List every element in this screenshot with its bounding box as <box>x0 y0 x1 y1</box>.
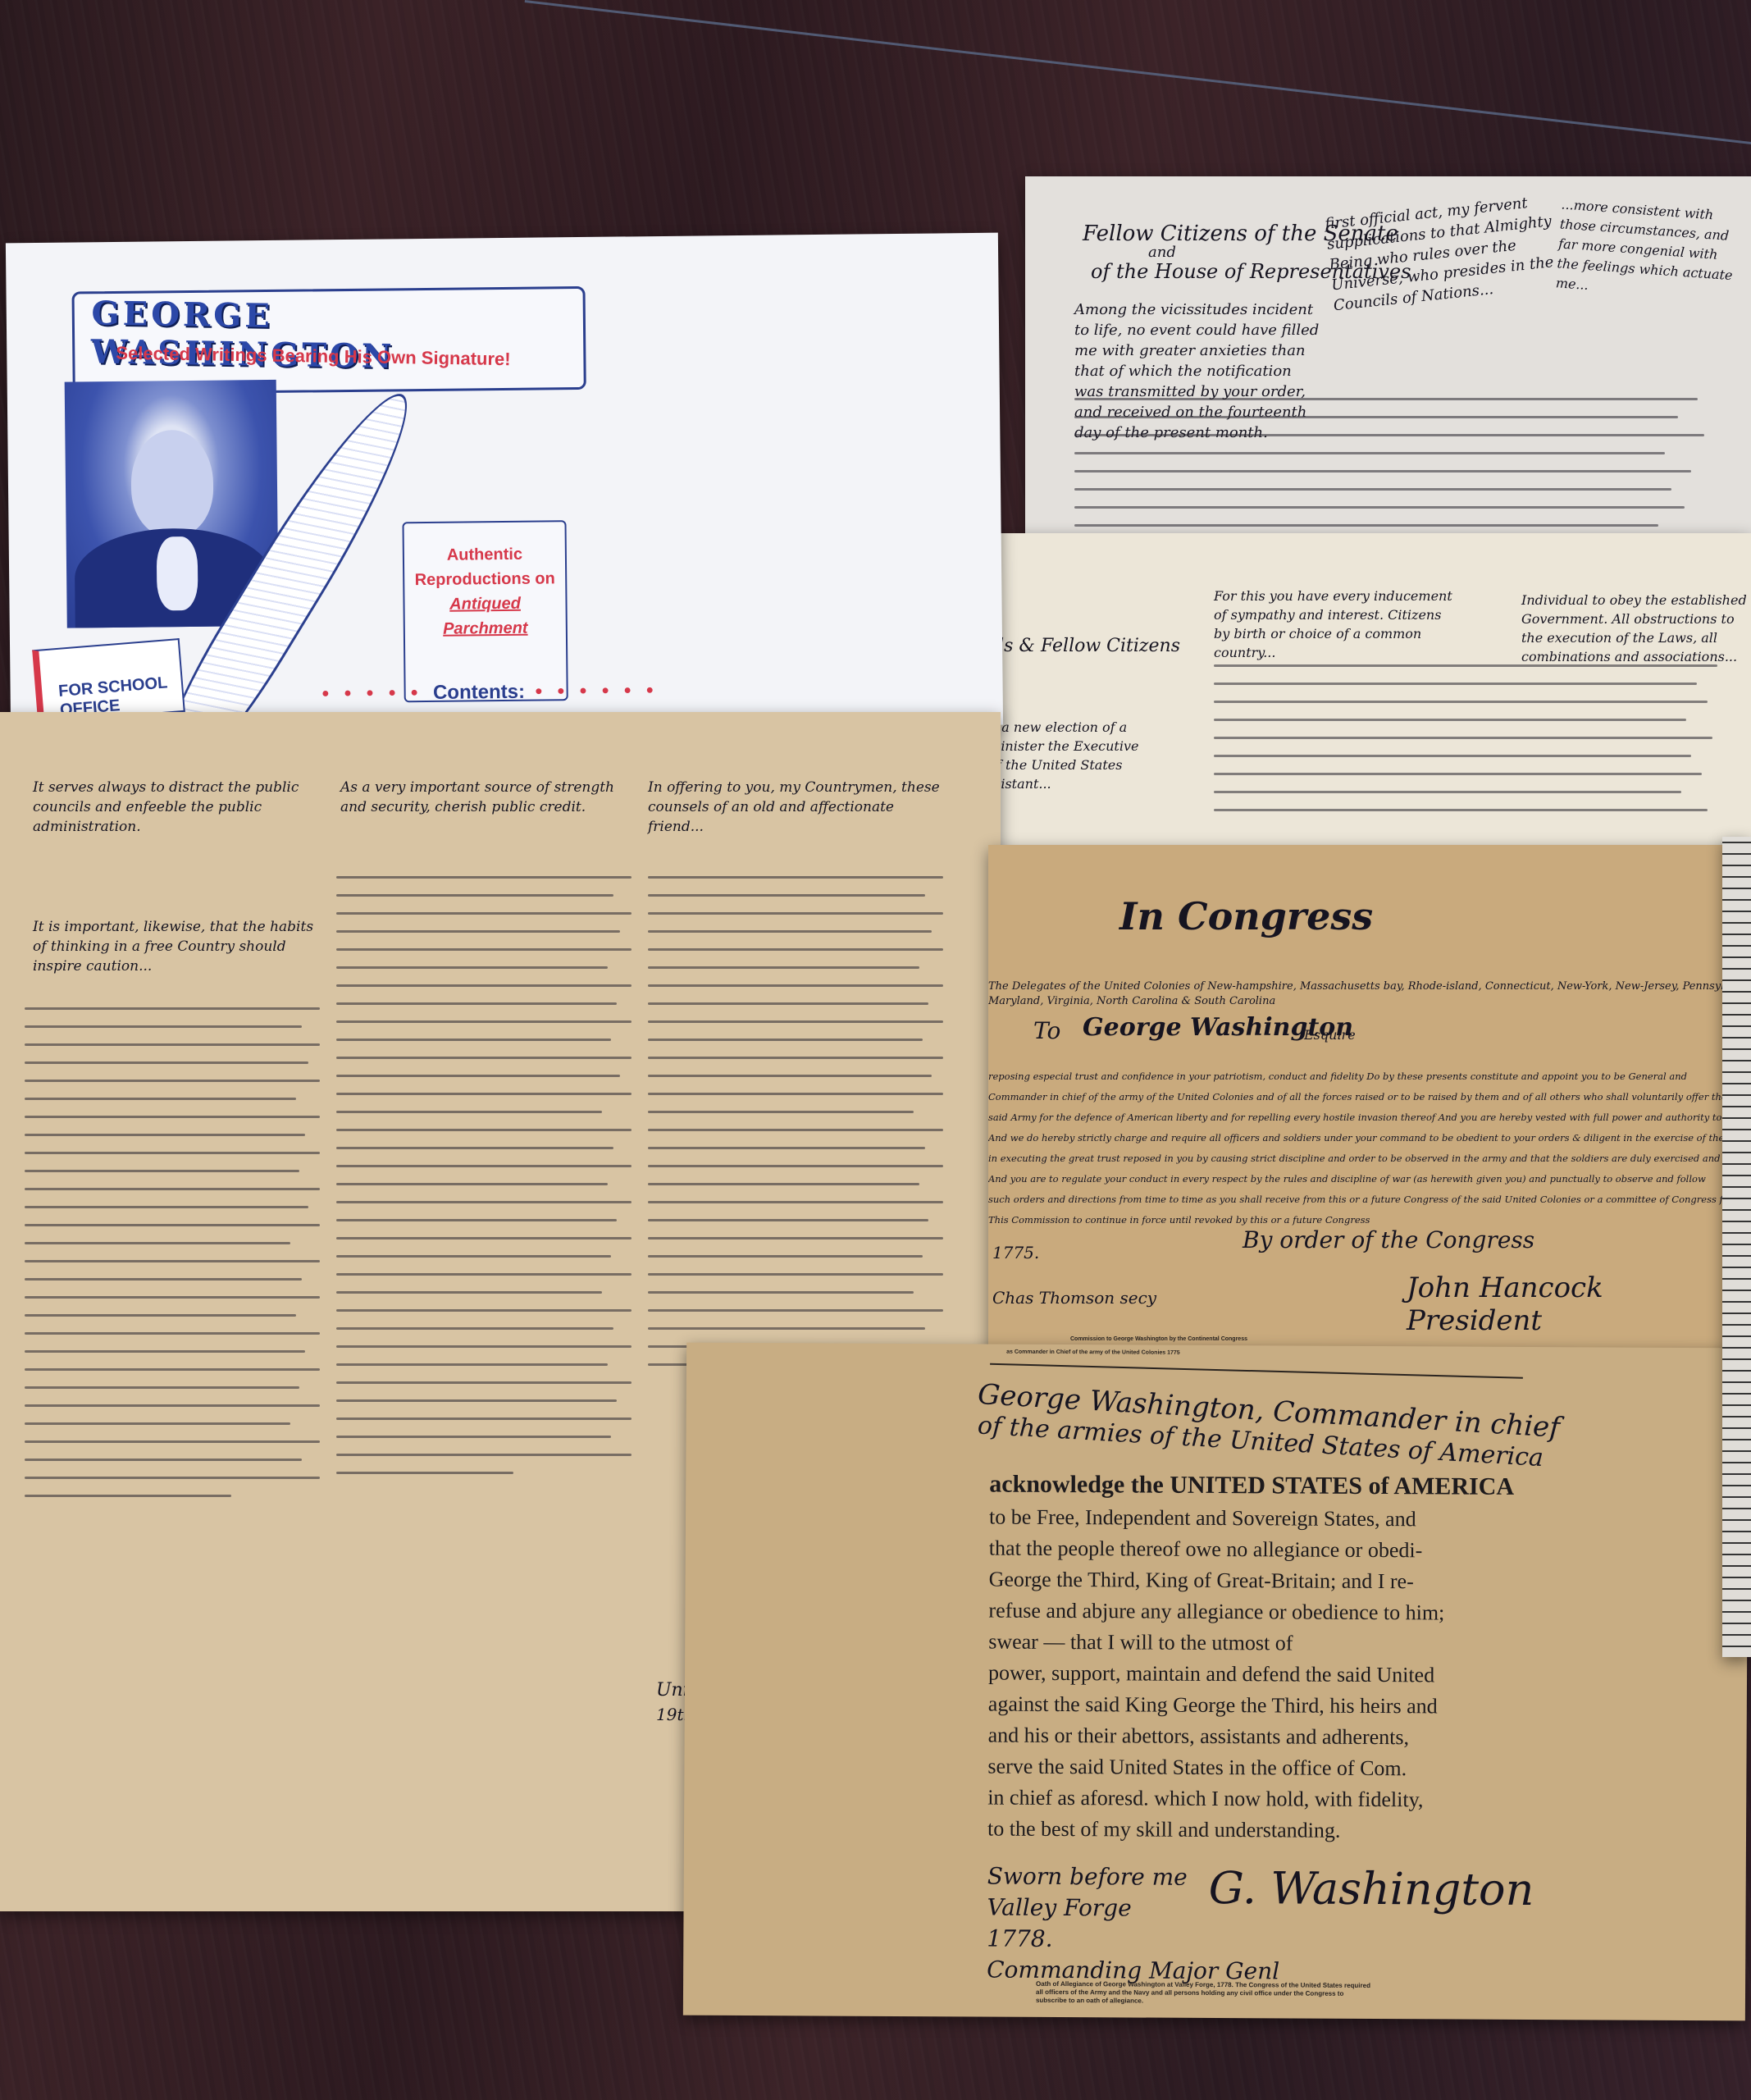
colonies-line-2: Maryland, Virginia, North Carolina & Sou… <box>988 995 1275 1007</box>
commission-line: such orders and directions from time to … <box>988 1189 1726 1210</box>
addressee-suffix: Esquire <box>1304 1027 1356 1043</box>
commission-document: In Congress The Delegates of the United … <box>988 845 1743 1358</box>
farewell2-col3-lines <box>648 876 943 1381</box>
farewell2-col1-lines <box>25 1007 320 1513</box>
scroll-line-2: Reproductions on <box>404 566 565 592</box>
dots-right: • • • • • • <box>525 679 659 703</box>
commission-date: 1775. <box>992 1243 1039 1262</box>
farewell2-col-2: As a very important source of strength a… <box>340 778 636 817</box>
cover-sheet: GEORGE WASHINGTON Selected Writings Bear… <box>6 233 1003 736</box>
inaugural-salutation-and: and <box>1148 244 1176 261</box>
inaugural-address-sheet: Fellow Citizens of the Senate and of the… <box>1025 176 1751 550</box>
commission-body: reposing especial trust and confidence i… <box>988 1066 1726 1230</box>
farewell1-text-lines <box>1214 664 1739 827</box>
school-office-badge: FOR SCHOOL OFFICE <box>32 638 185 724</box>
inaugural-col-2: first official act, my fervent supplicat… <box>1324 189 1579 317</box>
inaugural-col-3: ...more consistent with those circumstan… <box>1555 194 1742 305</box>
commission-line: And you are to regulate your conduct in … <box>988 1169 1726 1189</box>
divider-rule <box>990 1363 1523 1379</box>
commission-line: in executing the great trust reposed in … <box>988 1148 1726 1169</box>
farewell2-col2-lines <box>336 876 632 1490</box>
scroll-line-1: Authentic <box>404 541 565 568</box>
commission-line: reposing especial trust and confidence i… <box>988 1066 1726 1087</box>
commission-line: And we do hereby strictly charge and req… <box>988 1128 1726 1148</box>
hancock-signature: John Hancock President <box>1407 1271 1743 1337</box>
oath-line: against the said King George the Third, … <box>988 1689 1513 1723</box>
oath-line: swear — that I will to the utmost of <box>988 1627 1513 1660</box>
washington-signature: G. Washington <box>1209 1862 1534 1915</box>
oath-of-allegiance: as Commander in Chief of the army of the… <box>683 1343 1749 2021</box>
oath-line: that the people thereof owe no allegianc… <box>989 1533 1514 1567</box>
oath-caption: Oath of Allegiance of George Washington … <box>1036 1980 1372 2006</box>
oath-line: to the best of my skill and understandin… <box>987 1814 1512 1847</box>
by-order: By order of the Congress <box>1243 1226 1534 1253</box>
commission-caption-1: Commission to George Washington by the C… <box>1070 1335 1247 1343</box>
commission-line: said Army for the defence of American li… <box>988 1107 1726 1128</box>
scroll-line-4: Parchment <box>405 615 566 641</box>
oath-line: and his or their abettors, assistants an… <box>988 1720 1513 1754</box>
farewell1-col-3: Individual to obey the established Gover… <box>1521 591 1751 666</box>
oath-printed-text: acknowledge the UNITED STATES of AMERICA… <box>987 1468 1514 1847</box>
attest-signature: Chas Thomson secy <box>992 1288 1156 1308</box>
oath-line: to be Free, Independent and Sovereign St… <box>989 1502 1514 1536</box>
dots-left: • • • • • <box>322 682 434 705</box>
parchment-scroll: Authentic Reproductions on Antiqued Parc… <box>402 520 568 702</box>
title-banner: GEORGE WASHINGTON Selected Writings Bear… <box>72 286 586 395</box>
portrait-face <box>130 430 213 537</box>
addressee-to: To <box>1033 1017 1060 1044</box>
oath-line: power, support, maintain and defend the … <box>988 1658 1513 1691</box>
scroll-line-3: Antiqued <box>404 591 565 617</box>
colonies-line-1: The Delegates of the United Colonies of … <box>988 980 1743 993</box>
contents-heading: Contents: <box>433 681 525 704</box>
commission-caption-2: as Commander in Chief of the army of the… <box>1006 1349 1180 1357</box>
farewell2-col-1: It serves always to distract the public … <box>33 778 328 837</box>
witness-line: 1778. <box>987 1924 1279 1956</box>
portrait-cravat <box>157 536 198 611</box>
underlying-page-edge <box>1722 837 1751 1657</box>
oath-line: serve the said United States in the offi… <box>987 1751 1512 1785</box>
farewell2-col-3: In offering to you, my Countrymen, these… <box>648 778 943 837</box>
oath-line: in chief as aforesd. which I now hold, w… <box>987 1783 1512 1816</box>
inaugural-text-lines <box>1074 398 1730 542</box>
commission-line: Commander in chief of the army of the Un… <box>988 1087 1726 1107</box>
oath-line: George the Third, King of Great-Britain;… <box>989 1564 1514 1598</box>
farewell1-col-2: For this you have every inducement of sy… <box>1214 587 1460 662</box>
oath-line: refuse and abjure any allegiance or obed… <box>988 1596 1513 1629</box>
oath-line: acknowledge the UNITED STATES of AMERICA <box>989 1468 1514 1504</box>
farewell2-col-1-para2: It is important, likewise, that the habi… <box>33 917 328 976</box>
commission-heading: In Congress <box>1119 894 1373 938</box>
